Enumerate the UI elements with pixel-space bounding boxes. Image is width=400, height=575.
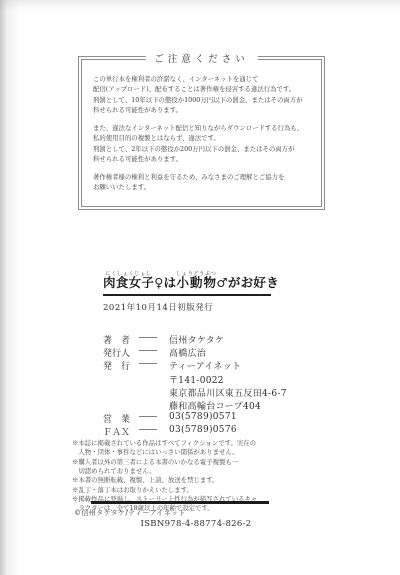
notice-paragraph-download: また、違法なインターネット配信と知りながらダウンロードする行為も、 私的使用目的… — [93, 123, 313, 165]
colophon-row-sales-phone: 営 業――03(5789)0571 — [103, 412, 287, 425]
colophon-dash: ―― — [139, 425, 169, 435]
colophon-value: 03(5789)0571 — [169, 412, 237, 422]
footer-divider — [91, 501, 269, 504]
edition-date: 2021年10月14日初版発行 — [103, 301, 279, 313]
book-title-ruby: 肉食女子にくしょくじょし — [103, 275, 154, 290]
title-furigana-2: しょうどうぶつ — [176, 271, 217, 277]
notice-box-content: この単行本を権利者の許諾なく、インターネットを通じて 配信(アップロード)、配布… — [79, 57, 324, 209]
colophon-row-author: 著 者――信州タケタケ — [103, 333, 287, 346]
colophon-dash: ―― — [139, 346, 169, 356]
colophon-info: 著 者――信州タケタケ 発行人――高橋広治 発 行――ティーアイネット 〒141… — [103, 333, 287, 439]
title-underline — [103, 294, 271, 296]
book-title-ruby: 小動物しょうどうぶつ — [176, 275, 216, 290]
colophon-value: 信州タケタケ — [169, 333, 224, 346]
colophon-value: 藤和高輪台コープ404 — [169, 399, 261, 412]
colophon-value: 高橋広治 — [169, 346, 206, 359]
colophon-row-publisher: 発 行――ティーアイネット — [103, 359, 287, 372]
colophon-row-publisher-person: 発行人――高橋広治 — [103, 346, 287, 359]
note-defective-copy: ※乱丁・落丁本はお取りかえいたします。 — [72, 486, 326, 495]
colophon-row-postal-code: 〒141-0022 — [103, 373, 287, 386]
notice-box: ご注意ください この単行本を権利者の許諾なく、インターネットを通じて 配信(アッ… — [78, 56, 325, 210]
note-fiction: ※本誌に掲載されている作品はすべてフィクションです。実在の 人物・団体・事件など… — [72, 439, 326, 458]
note-ecopy: ※購入者以外の第三者による本書のいかなる電子複製も一 切認められておりません。 — [72, 458, 326, 477]
notice-paragraph-cooperation: 著作権者様の権利と利益を守るため、みなさまのご理解とご協力を お願いいたします。 — [93, 172, 313, 193]
colophon-label: 著 者 — [103, 333, 139, 346]
colophon-row-building: 藤和高輪台コープ404 — [103, 399, 287, 412]
title-base-1: 肉食女子 — [103, 275, 154, 290]
notice-box-title: ご注意ください — [145, 51, 258, 65]
book-title: 肉食女子にくしょくじょし♀は小動物しょうどうぶつ♂がお好き — [103, 271, 279, 291]
colophon-page: ご注意ください この単行本を権利者の許諾なく、インターネットを通じて 配信(アッ… — [0, 0, 400, 575]
colophon-label: 営 業 — [103, 412, 139, 425]
colophon-label: 発 行 — [103, 359, 139, 372]
isbn-text: ISBN978-4-88774-826-2 — [96, 519, 296, 529]
notice-paragraph-upload: この単行本を権利者の許諾なく、インターネットを通じて 配信(アップロード)、配布… — [93, 74, 313, 116]
colophon-value: 〒141-0022 — [169, 373, 224, 386]
colophon-value: 03(5789)0576 — [169, 425, 237, 435]
title-base-4: ♂がお好き — [216, 275, 279, 290]
title-block: 肉食女子にくしょくじょし♀は小動物しょうどうぶつ♂がお好き 2021年10月14… — [103, 271, 279, 313]
colophon-row-address: 東京都品川区東五反田4-6-7 — [103, 386, 287, 399]
colophon-label: 発行人 — [103, 346, 139, 359]
colophon-value: ティーアイネット — [169, 359, 241, 372]
page-edge-shadow — [0, 0, 20, 575]
colophon-dash: ―― — [139, 359, 169, 369]
title-base-2: ♀は — [154, 275, 176, 290]
page-top-shadow — [0, 0, 400, 10]
colophon-row-fax: ＦＡＸ――03(5789)0576 — [103, 425, 287, 438]
colophon-value: 東京都品川区東五反田4-6-7 — [169, 386, 287, 399]
copyright-text: ©信州タケタケ/ティーアイネット — [74, 508, 186, 518]
title-furigana-1: にくしょくじょし — [103, 271, 154, 277]
title-base-3: 小動物 — [176, 275, 217, 290]
note-reproduction: ※本書の無断転載、複製、上演、放送を禁じます。 — [72, 476, 326, 485]
colophon-dash: ―― — [139, 412, 169, 422]
colophon-label: ＦＡＸ — [103, 425, 139, 438]
colophon-dash: ―― — [139, 333, 169, 343]
